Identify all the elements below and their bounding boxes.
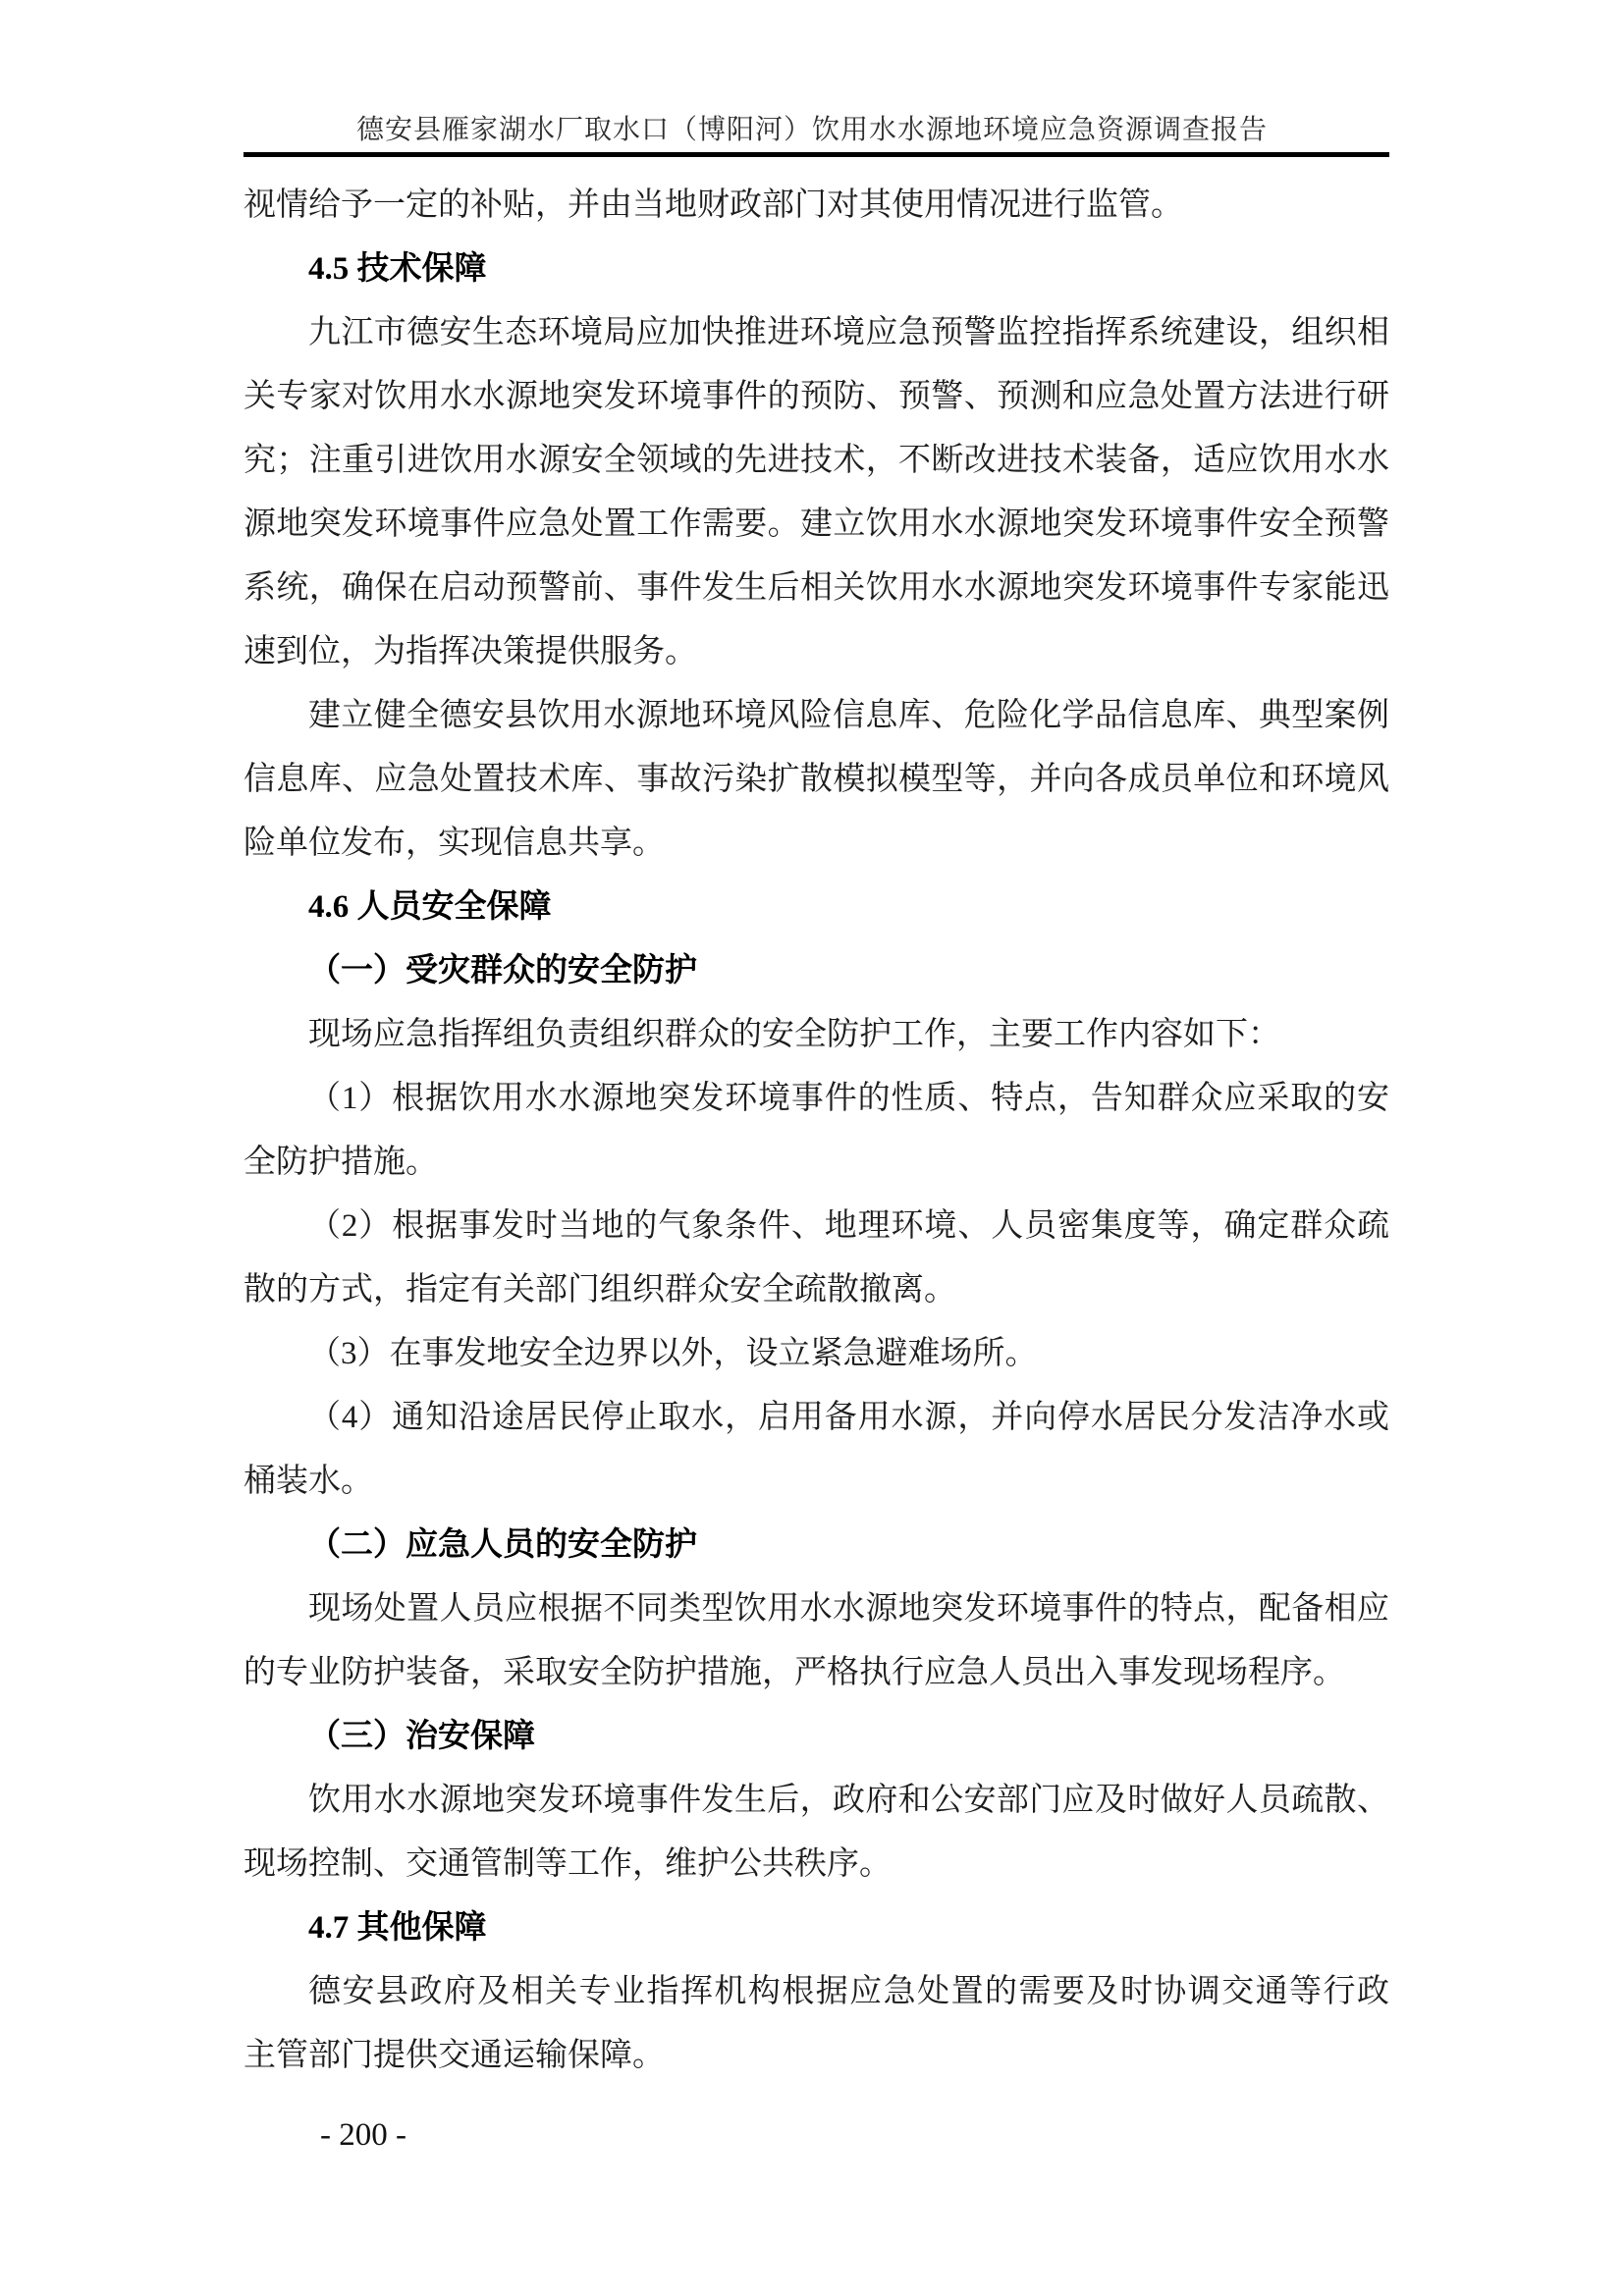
text-line: （1）根据饮用水水源地突发环境事件的性质、特点，告知群众应采取的安	[244, 1067, 1389, 1131]
page-header: 德安县雁家湖水厂取水口（博阳河）饮用水水源地环境应急资源调查报告	[0, 0, 1624, 157]
document-body: 视情给予一定的补贴，并由当地财政部门对其使用情况进行监管。4.5 技术保障九江市…	[244, 174, 1389, 2088]
text-line: 建立健全德安县饮用水源地环境风险信息库、危险化学品信息库、典型案例	[244, 684, 1389, 748]
text-line: 散的方式，指定有关部门组织群众安全疏散撤离。	[244, 1258, 1389, 1322]
heading-line: 4.5 技术保障	[244, 238, 1389, 301]
text-line: 险单位发布，实现信息共享。	[244, 812, 1389, 876]
text-line: 视情给予一定的补贴，并由当地财政部门对其使用情况进行监管。	[244, 174, 1389, 238]
text-line: 德安县政府及相关专业指挥机构根据应急处置的需要及时协调交通等行政	[244, 1960, 1389, 2024]
text-line: （2）根据事发时当地的气象条件、地理环境、人员密集度等，确定群众疏	[244, 1195, 1389, 1258]
page-footer: - 200 -	[0, 2104, 1624, 2167]
text-line: 现场处置人员应根据不同类型饮用水水源地突发环境事件的特点，配备相应	[244, 1577, 1389, 1641]
text-line: 的专业防护装备，采取安全防护措施，严格执行应急人员出入事发现场程序。	[244, 1641, 1389, 1705]
heading-line: 4.7 其他保障	[244, 1896, 1389, 1960]
text-line: 桶装水。	[244, 1450, 1389, 1514]
text-line: 现场控制、交通管制等工作，维护公共秩序。	[244, 1833, 1389, 1896]
text-line: （4）通知沿途居民停止取水，启用备用水源，并向停水居民分发洁净水或	[244, 1386, 1389, 1450]
text-line: 系统，确保在启动预警前、事件发生后相关饮用水水源地突发环境事件专家能迅	[244, 557, 1389, 620]
text-line: 究；注重引进饮用水源安全领域的先进技术，不断改进技术装备，适应饮用水水	[244, 429, 1389, 493]
text-line: 关专家对饮用水水源地突发环境事件的预防、预警、预测和应急处置方法进行研	[244, 365, 1389, 429]
header-rule	[244, 152, 1389, 157]
text-line: 主管部门提供交通运输保障。	[244, 2024, 1389, 2088]
text-line: 现场应急指挥组负责组织群众的安全防护工作，主要工作内容如下：	[244, 1003, 1389, 1067]
text-line: 九江市德安生态环境局应加快推进环境应急预警监控指挥系统建设，组织相	[244, 301, 1389, 365]
text-line: （3）在事发地安全边界以外，设立紧急避难场所。	[244, 1322, 1389, 1386]
text-line: 源地突发环境事件应急处置工作需要。建立饮用水水源地突发环境事件安全预警	[244, 493, 1389, 557]
text-line: 饮用水水源地突发环境事件发生后，政府和公安部门应及时做好人员疏散、	[244, 1769, 1389, 1833]
page-number: - 200 -	[320, 2117, 406, 2153]
report-header-title: 德安县雁家湖水厂取水口（博阳河）饮用水水源地环境应急资源调查报告	[0, 0, 1624, 145]
document-page: 德安县雁家湖水厂取水口（博阳河）饮用水水源地环境应急资源调查报告 视情给予一定的…	[0, 0, 1624, 2296]
heading-line: 4.6 人员安全保障	[244, 876, 1389, 939]
text-line: 全防护措施。	[244, 1131, 1389, 1195]
text-line: 速到位，为指挥决策提供服务。	[244, 620, 1389, 684]
heading-line: （一）受灾群众的安全防护	[244, 939, 1389, 1003]
heading-line: （三）治安保障	[244, 1705, 1389, 1769]
heading-line: （二）应急人员的安全防护	[244, 1514, 1389, 1577]
text-line: 信息库、应急处置技术库、事故污染扩散模拟模型等，并向各成员单位和环境风	[244, 748, 1389, 812]
